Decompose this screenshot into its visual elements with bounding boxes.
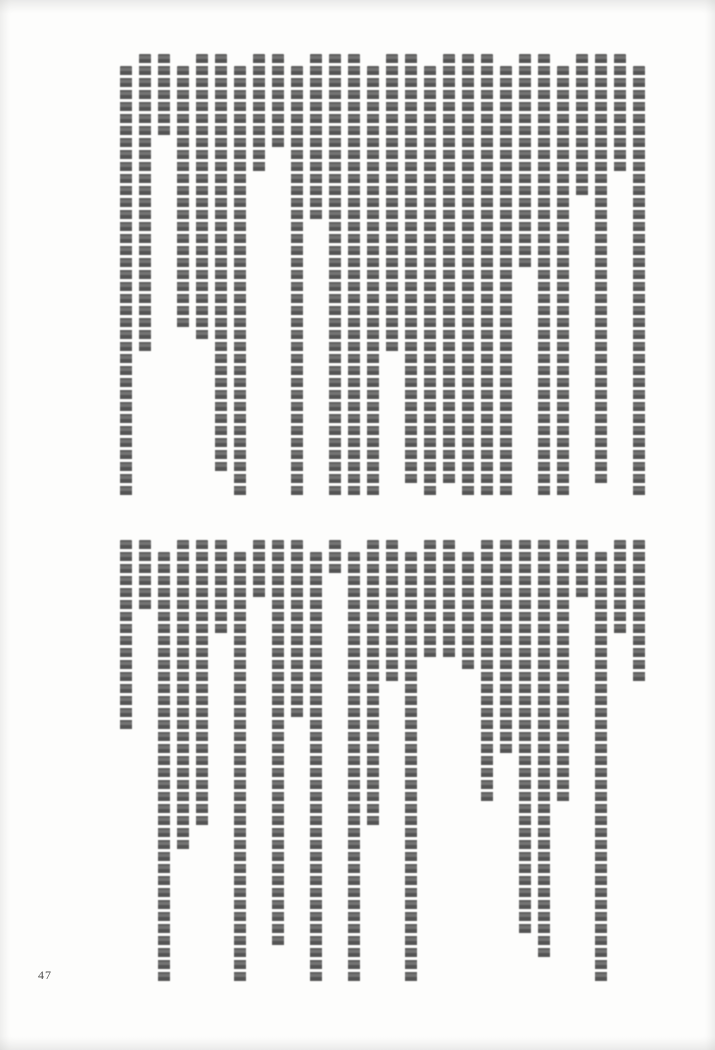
redacted-glyph-run (481, 540, 493, 804)
redacted-glyph-run (462, 552, 474, 672)
redacted-glyph-run (633, 66, 645, 498)
text-column-redacted (272, 540, 284, 998)
text-column-redacted (120, 540, 132, 998)
redacted-glyph-run (576, 540, 588, 600)
page-number: 47 (38, 968, 52, 983)
redacted-glyph-run (576, 54, 588, 198)
text-column-redacted (386, 54, 398, 512)
text-column-redacted (443, 540, 455, 998)
text-column-redacted (462, 54, 474, 512)
text-column-redacted (424, 54, 436, 512)
text-column-redacted (462, 540, 474, 998)
text-column-redacted (177, 540, 189, 998)
text-column-redacted (614, 54, 626, 512)
text-column-redacted (310, 54, 322, 512)
redacted-glyph-run (462, 54, 474, 498)
redacted-glyph-run (595, 54, 607, 486)
redacted-glyph-run (234, 552, 246, 984)
redacted-glyph-run (177, 66, 189, 330)
text-column-redacted (291, 540, 303, 998)
text-column-redacted (386, 540, 398, 998)
text-column-redacted (120, 54, 132, 512)
text-column-redacted (557, 54, 569, 512)
redacted-glyph-run (215, 54, 227, 474)
redacted-glyph-run (158, 54, 170, 138)
upper-text-band (117, 54, 645, 512)
redacted-glyph-run (443, 54, 455, 486)
redacted-glyph-run (310, 54, 322, 222)
text-column-redacted (215, 54, 227, 512)
text-column-redacted (196, 54, 208, 512)
redacted-glyph-run (139, 54, 151, 354)
text-column-redacted (500, 54, 512, 512)
redacted-glyph-run (329, 540, 341, 576)
text-column-redacted (367, 54, 379, 512)
redacted-glyph-run (519, 54, 531, 270)
redacted-glyph-run (196, 540, 208, 828)
redacted-glyph-run (557, 540, 569, 804)
text-column-redacted (576, 540, 588, 998)
text-column-redacted (424, 540, 436, 998)
redacted-glyph-run (614, 54, 626, 174)
text-column-redacted (576, 54, 588, 512)
redacted-glyph-run (595, 552, 607, 984)
text-column-redacted (500, 540, 512, 998)
redacted-glyph-run (177, 540, 189, 852)
scanned-page: 47 (0, 0, 715, 1050)
text-column-redacted (595, 540, 607, 998)
text-column-redacted (519, 54, 531, 512)
text-column-redacted (405, 54, 417, 512)
redacted-glyph-run (405, 54, 417, 486)
redacted-glyph-run (633, 540, 645, 684)
redacted-glyph-run (538, 540, 550, 960)
redacted-glyph-run (253, 54, 265, 174)
redacted-glyph-run (405, 552, 417, 984)
redacted-glyph-run (291, 66, 303, 498)
redacted-glyph-run (196, 54, 208, 342)
text-column-redacted (139, 54, 151, 512)
redacted-glyph-run (253, 540, 265, 600)
text-column-redacted (348, 540, 360, 998)
text-column-redacted (557, 540, 569, 998)
redacted-glyph-run (215, 540, 227, 636)
text-column-redacted (253, 540, 265, 998)
redacted-glyph-run (519, 540, 531, 936)
text-column-redacted (291, 54, 303, 512)
redacted-glyph-run (481, 54, 493, 498)
redacted-glyph-run (367, 540, 379, 828)
text-column-redacted (443, 54, 455, 512)
text-column-redacted (633, 54, 645, 512)
redacted-glyph-run (424, 540, 436, 660)
text-column-redacted (329, 54, 341, 512)
text-column-redacted (538, 540, 550, 998)
redacted-glyph-run (538, 54, 550, 498)
redacted-glyph-run (120, 66, 132, 498)
text-column-redacted (177, 54, 189, 512)
redacted-glyph-run (348, 552, 360, 984)
text-column-redacted (538, 54, 550, 512)
text-column-redacted (405, 540, 417, 998)
redacted-glyph-run (234, 66, 246, 498)
redacted-glyph-run (614, 540, 626, 636)
redacted-glyph-run (424, 66, 436, 498)
redacted-glyph-run (348, 54, 360, 498)
redacted-glyph-run (120, 540, 132, 732)
redacted-glyph-run (443, 540, 455, 660)
redacted-glyph-run (139, 540, 151, 612)
text-column-redacted (215, 540, 227, 998)
text-column-redacted (158, 540, 170, 998)
text-column-redacted (196, 540, 208, 998)
text-column-redacted (253, 54, 265, 512)
text-column-redacted (234, 54, 246, 512)
text-column-redacted (139, 540, 151, 998)
redacted-glyph-run (291, 540, 303, 720)
text-column-redacted (633, 540, 645, 998)
redacted-glyph-run (500, 540, 512, 756)
redacted-glyph-run (367, 66, 379, 498)
text-column-redacted (481, 540, 493, 998)
redacted-glyph-run (329, 54, 341, 498)
text-column-redacted (348, 54, 360, 512)
redacted-glyph-run (557, 66, 569, 498)
text-column-redacted (481, 54, 493, 512)
redacted-glyph-run (310, 552, 322, 984)
redacted-glyph-run (500, 66, 512, 498)
text-column-redacted (158, 54, 170, 512)
redacted-glyph-run (272, 540, 284, 948)
text-column-redacted (310, 540, 322, 998)
text-column-redacted (595, 54, 607, 512)
text-column-redacted (367, 540, 379, 998)
text-column-redacted (614, 540, 626, 998)
redacted-glyph-run (272, 54, 284, 150)
text-column-redacted (234, 540, 246, 998)
text-column-redacted (519, 540, 531, 998)
lower-text-band (117, 540, 645, 998)
text-column-redacted (329, 540, 341, 998)
text-column-redacted (272, 54, 284, 512)
redacted-glyph-run (386, 540, 398, 684)
redacted-glyph-run (386, 54, 398, 354)
redacted-glyph-run (158, 552, 170, 984)
